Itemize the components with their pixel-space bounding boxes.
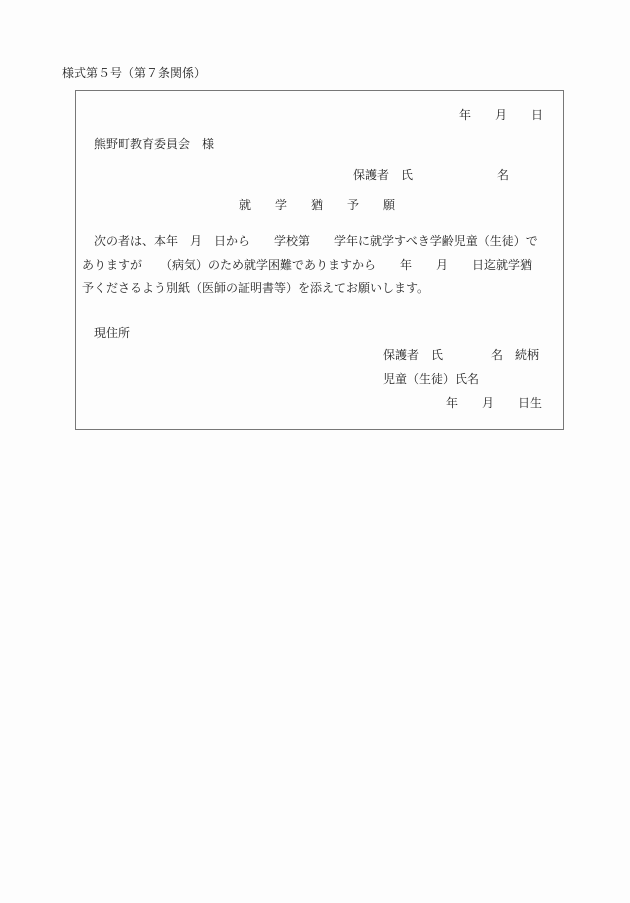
child-name-line: 児童（生徒）氏名 [383, 372, 479, 386]
birth-date-line: 年 月 日生 [446, 396, 542, 410]
guardian-name-line: 保護者 氏 名 [353, 168, 509, 182]
body-line-1: 次の者は、本年 月 日から 学校第 学年に就学すべき学齢児童（生徒）で [82, 234, 560, 248]
document-title: 就 学 猶 予 願 [239, 198, 395, 212]
submission-date-line: 年 月 日 [459, 108, 543, 122]
guardian-relation-line: 保護者 氏 名 続柄 [383, 348, 539, 362]
addressee: 熊野町教育委員会 様 [94, 137, 214, 151]
form-number-label: 様式第５号（第７条関係） [62, 66, 206, 80]
body-line-2: ありますが （病気）のため就学困難でありますから 年 月 日迄就学猶 [82, 258, 560, 272]
current-address-label: 現住所 [94, 326, 130, 340]
body-line-3: 予くださるよう別紙（医師の証明書等）を添えてお願いします。 [82, 281, 560, 295]
